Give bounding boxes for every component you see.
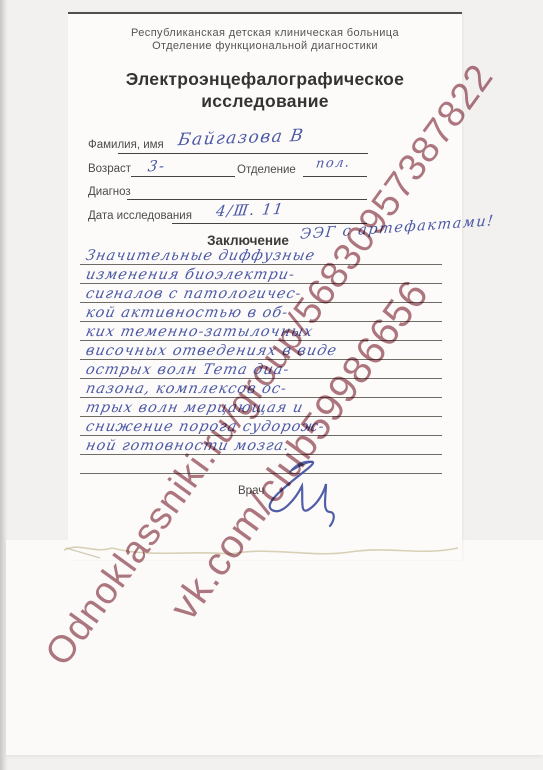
conclusion-line: изменения биоэлектри- xyxy=(80,265,442,284)
surname-underline xyxy=(118,153,368,154)
age-value: 3- xyxy=(147,157,167,176)
conclusion-text: трых волн мерцающая и xyxy=(84,400,305,416)
surname-label: Фамилия, имя xyxy=(88,139,164,151)
diagnosis-label: Диагноз xyxy=(88,186,131,198)
conclusion-text: кой активностью в об- xyxy=(84,305,290,321)
exam-date-label: Дата исследования xyxy=(88,210,192,222)
diagnosis-underline xyxy=(127,199,367,200)
hospital-name: Республиканская детская клиническая боль… xyxy=(68,27,462,39)
age-label: Возраст xyxy=(88,163,131,175)
scanned-document: Республиканская детская клиническая боль… xyxy=(0,0,543,770)
department-name: Отделение функциональной диагностики xyxy=(68,40,462,52)
department-label: Отделение xyxy=(237,164,296,176)
conclusion-line: Значительные диффузные xyxy=(80,246,442,265)
conclusion-text: изменения биоэлектри- xyxy=(84,267,296,283)
department-value: пол. xyxy=(315,155,352,171)
conclusion-text: сигналов с патологичес- xyxy=(84,286,303,302)
form-title-line1: Электроэнцефалографическое xyxy=(68,69,462,90)
exam-date-value: 4/Ⅲ. 11 xyxy=(215,200,286,220)
department-underline xyxy=(303,176,367,177)
conclusion-line: снижение порога судорож- xyxy=(80,417,442,436)
conclusion-line: ной готовности мозга. xyxy=(80,436,442,455)
age-underline xyxy=(131,176,235,177)
conclusion-text: Значительные диффузные xyxy=(84,248,316,264)
form-title-line2: исследование xyxy=(68,91,462,112)
